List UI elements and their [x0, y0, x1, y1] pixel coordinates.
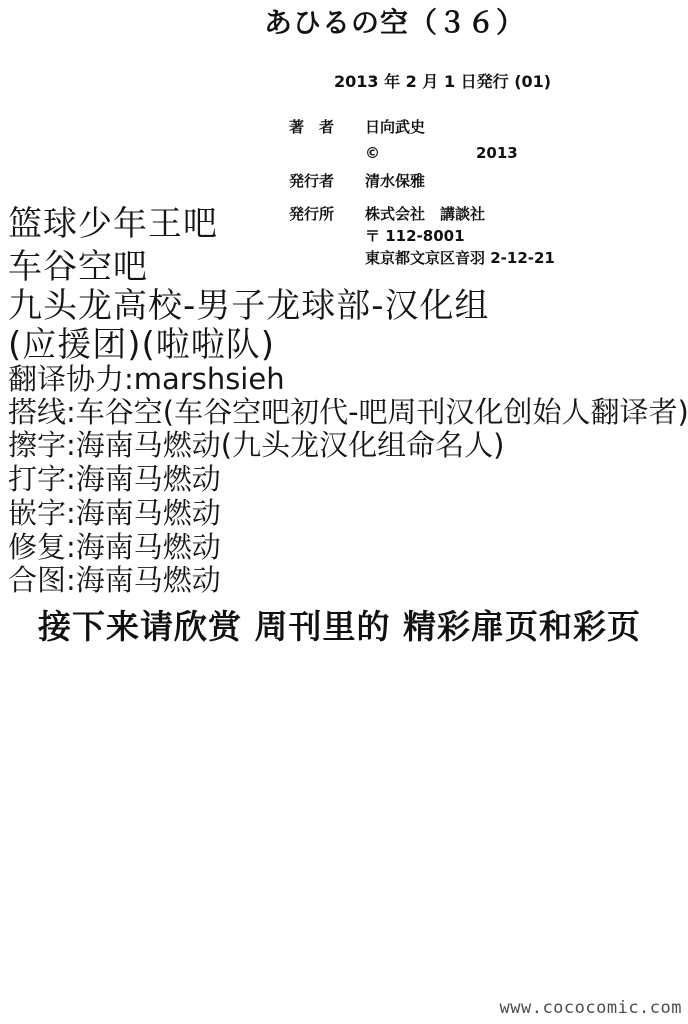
credit-line-redraw: 修复:海南马燃动	[8, 533, 221, 562]
copyright-symbol: ©	[365, 144, 380, 162]
copyright-label-spacer	[289, 144, 365, 162]
credit-line-typesetting: 嵌字:海南马燃动	[8, 499, 221, 528]
credit-line-group-name-1: 篮球少年王吧	[8, 207, 218, 241]
credit-line-group-name-2: 车谷空吧	[8, 250, 148, 284]
closing-announcement: 接下来请欣赏 周刊里的 精彩扉页和彩页	[38, 601, 641, 648]
copyright-year: 2013	[476, 144, 518, 162]
credit-line-typing: 打字:海南马燃动	[8, 465, 221, 494]
credit-line-liaison: 搭线:车谷空(车谷空吧初代-吧周刊汉化创始人翻译者)	[8, 398, 688, 427]
publishing-house-label: 発行所	[289, 205, 365, 223]
publishing-house-value: 株式会社 講談社	[365, 205, 485, 223]
colophon-address-row: 東京都文京区音羽 2-12-21	[289, 249, 555, 267]
publisher-value: 清水保雅	[365, 172, 425, 190]
site-watermark: www.cococomic.com	[500, 998, 683, 1018]
postal-code: 〒 112-8001	[365, 227, 465, 245]
credit-line-group-name-3: 九头龙高校-男子龙球部-汉化组	[8, 289, 490, 323]
postal-label-spacer	[289, 227, 365, 245]
manga-colophon-page: あひるの空（３６） 2013 年 2 月 1 日発行 (01) 著 者 日向武史…	[0, 0, 688, 1024]
book-title: あひるの空（３６）	[264, 8, 525, 39]
colophon-publisher-row: 発行者 清水保雅	[289, 172, 425, 190]
colophon-postal-row: 〒 112-8001	[289, 227, 465, 245]
credit-line-group-name-4: (应援团)(啦啦队)	[8, 328, 275, 362]
credit-line-compositing: 合图:海南马燃动	[8, 566, 221, 595]
publisher-label: 発行者	[289, 172, 365, 190]
publisher-address: 東京都文京区音羽 2-12-21	[365, 249, 555, 267]
author-value: 日向武史	[365, 118, 425, 136]
credit-line-translation: 翻译协力:marshsieh	[8, 365, 285, 394]
colophon-author-row: 著 者 日向武史	[289, 118, 425, 136]
publish-date: 2013 年 2 月 1 日発行 (01)	[334, 69, 551, 92]
credit-line-cleaning: 擦字:海南马燃动(九头龙汉化组命名人)	[8, 431, 504, 460]
address-label-spacer	[289, 249, 365, 267]
colophon-copyright-row: © 2013	[289, 144, 518, 162]
author-label: 著 者	[289, 118, 365, 136]
colophon-publishing-house-row: 発行所 株式会社 講談社	[289, 205, 485, 223]
